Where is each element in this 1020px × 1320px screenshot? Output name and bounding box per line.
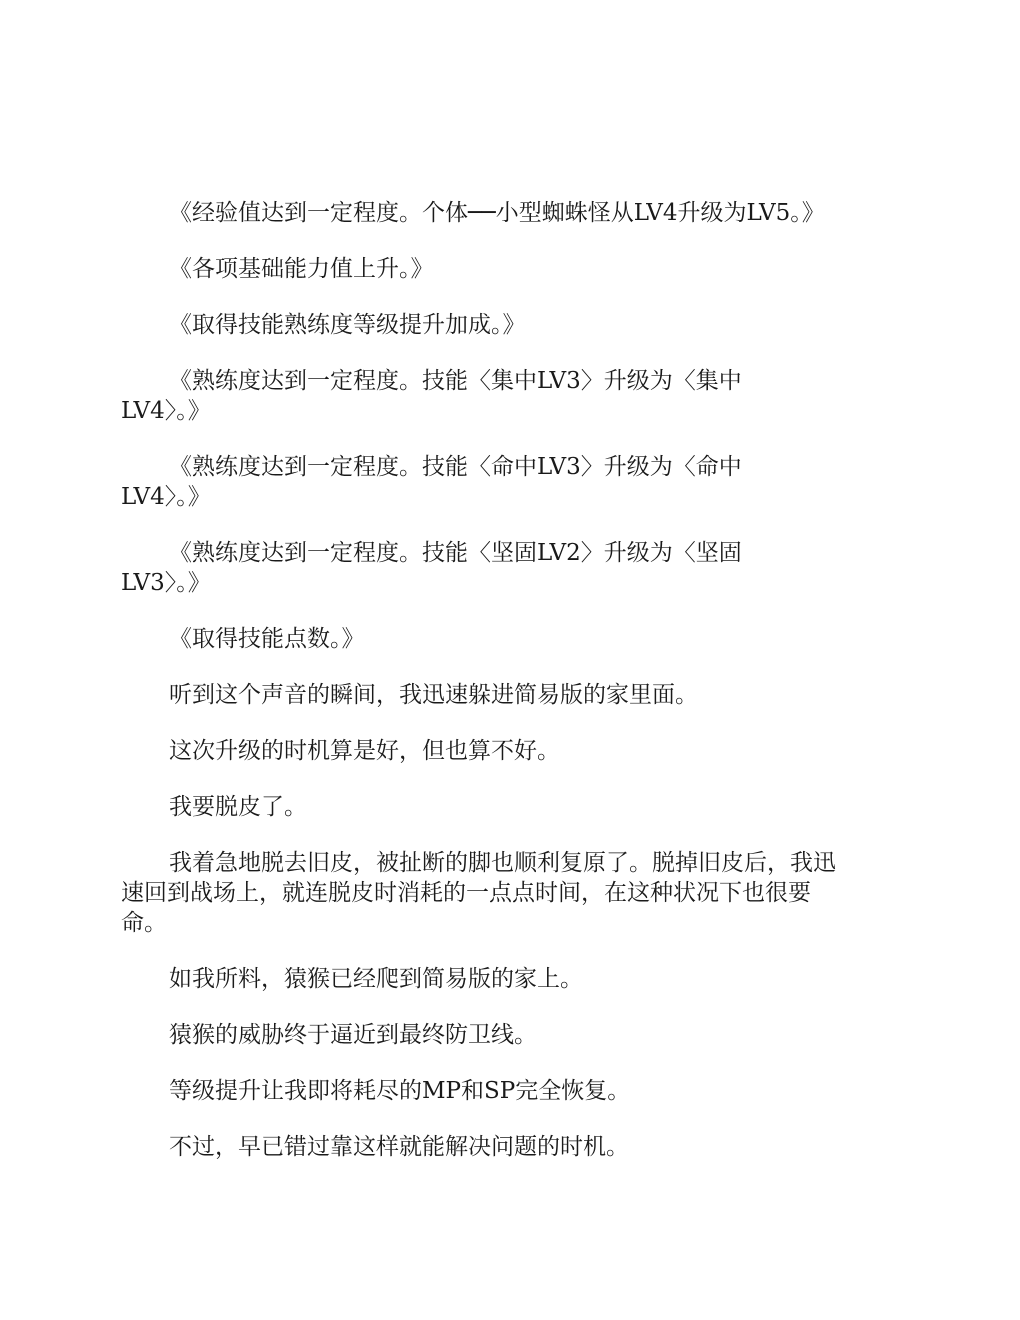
text-line: LV4〉。》 — [121, 396, 901, 426]
paragraph-narrative: 这次升级的时机算是好，但也算不好。 — [121, 736, 901, 766]
text-line: 这次升级的时机算是好，但也算不好。 — [121, 736, 901, 766]
paragraph-narrative: 我要脱皮了。 — [121, 792, 901, 822]
paragraph-system-message-skill-points: 《取得技能点数。》 — [121, 624, 901, 654]
text-line: 我要脱皮了。 — [121, 792, 901, 822]
text-line: LV3〉。》 — [121, 568, 901, 598]
paragraph-narrative: 如我所料，猿猴已经爬到简易版的家上。 — [121, 964, 901, 994]
text-line: 《熟练度达到一定程度。技能〈集中LV3〉升级为〈集中 — [121, 366, 901, 396]
paragraph-narrative: 听到这个声音的瞬间，我迅速躲进简易版的家里面。 — [121, 680, 901, 710]
text-line: 听到这个声音的瞬间，我迅速躲进简易版的家里面。 — [121, 680, 901, 710]
paragraph-narrative: 猿猴的威胁终于逼近到最终防卫线。 — [121, 1020, 901, 1050]
paragraph-narrative: 不过，早已错过靠这样就能解决问题的时机。 — [121, 1132, 901, 1162]
paragraph-narrative: 我着急地脱去旧皮，被扯断的脚也顺利复原了。脱掉旧皮后，我迅 速回到战场上，就连脱… — [121, 848, 901, 938]
text-line: 等级提升让我即将耗尽的MP和SP完全恢复。 — [121, 1076, 901, 1106]
text-line: 《取得技能点数。》 — [121, 624, 901, 654]
paragraph-system-message-bonus: 《取得技能熟练度等级提升加成。》 — [121, 310, 901, 340]
text-line: 《取得技能熟练度等级提升加成。》 — [121, 310, 901, 340]
paragraph-system-message-skill-concentration: 《熟练度达到一定程度。技能〈集中LV3〉升级为〈集中 LV4〉。》 — [121, 366, 901, 426]
text-line: LV4〉。》 — [121, 482, 901, 512]
text-line: 我着急地脱去旧皮，被扯断的脚也顺利复原了。脱掉旧皮后，我迅 — [121, 848, 901, 878]
text-line: 《各项基础能力值上升。》 — [121, 254, 901, 284]
text-line: 《经验值达到一定程度。个体──小型蜘蛛怪从LV4升级为LV5。》 — [121, 198, 901, 228]
text-line: 《熟练度达到一定程度。技能〈坚固LV2〉升级为〈坚固 — [121, 538, 901, 568]
text-line: 《熟练度达到一定程度。技能〈命中LV3〉升级为〈命中 — [121, 452, 901, 482]
paragraph-system-message-skill-accuracy: 《熟练度达到一定程度。技能〈命中LV3〉升级为〈命中 LV4〉。》 — [121, 452, 901, 512]
paragraph-system-message-level-up: 《经验值达到一定程度。个体──小型蜘蛛怪从LV4升级为LV5。》 — [121, 198, 901, 228]
text-line: 如我所料，猿猴已经爬到简易版的家上。 — [121, 964, 901, 994]
text-line: 命。 — [121, 908, 901, 938]
text-line: 不过，早已错过靠这样就能解决问题的时机。 — [121, 1132, 901, 1162]
document-page: 《经验值达到一定程度。个体──小型蜘蛛怪从LV4升级为LV5。》 《各项基础能力… — [121, 198, 901, 1188]
text-line: 猿猴的威胁终于逼近到最终防卫线。 — [121, 1020, 901, 1050]
text-line: 速回到战场上，就连脱皮时消耗的一点点时间，在这种状况下也很要 — [121, 878, 901, 908]
paragraph-system-message-skill-durability: 《熟练度达到一定程度。技能〈坚固LV2〉升级为〈坚固 LV3〉。》 — [121, 538, 901, 598]
paragraph-system-message-stats: 《各项基础能力值上升。》 — [121, 254, 901, 284]
paragraph-narrative: 等级提升让我即将耗尽的MP和SP完全恢复。 — [121, 1076, 901, 1106]
